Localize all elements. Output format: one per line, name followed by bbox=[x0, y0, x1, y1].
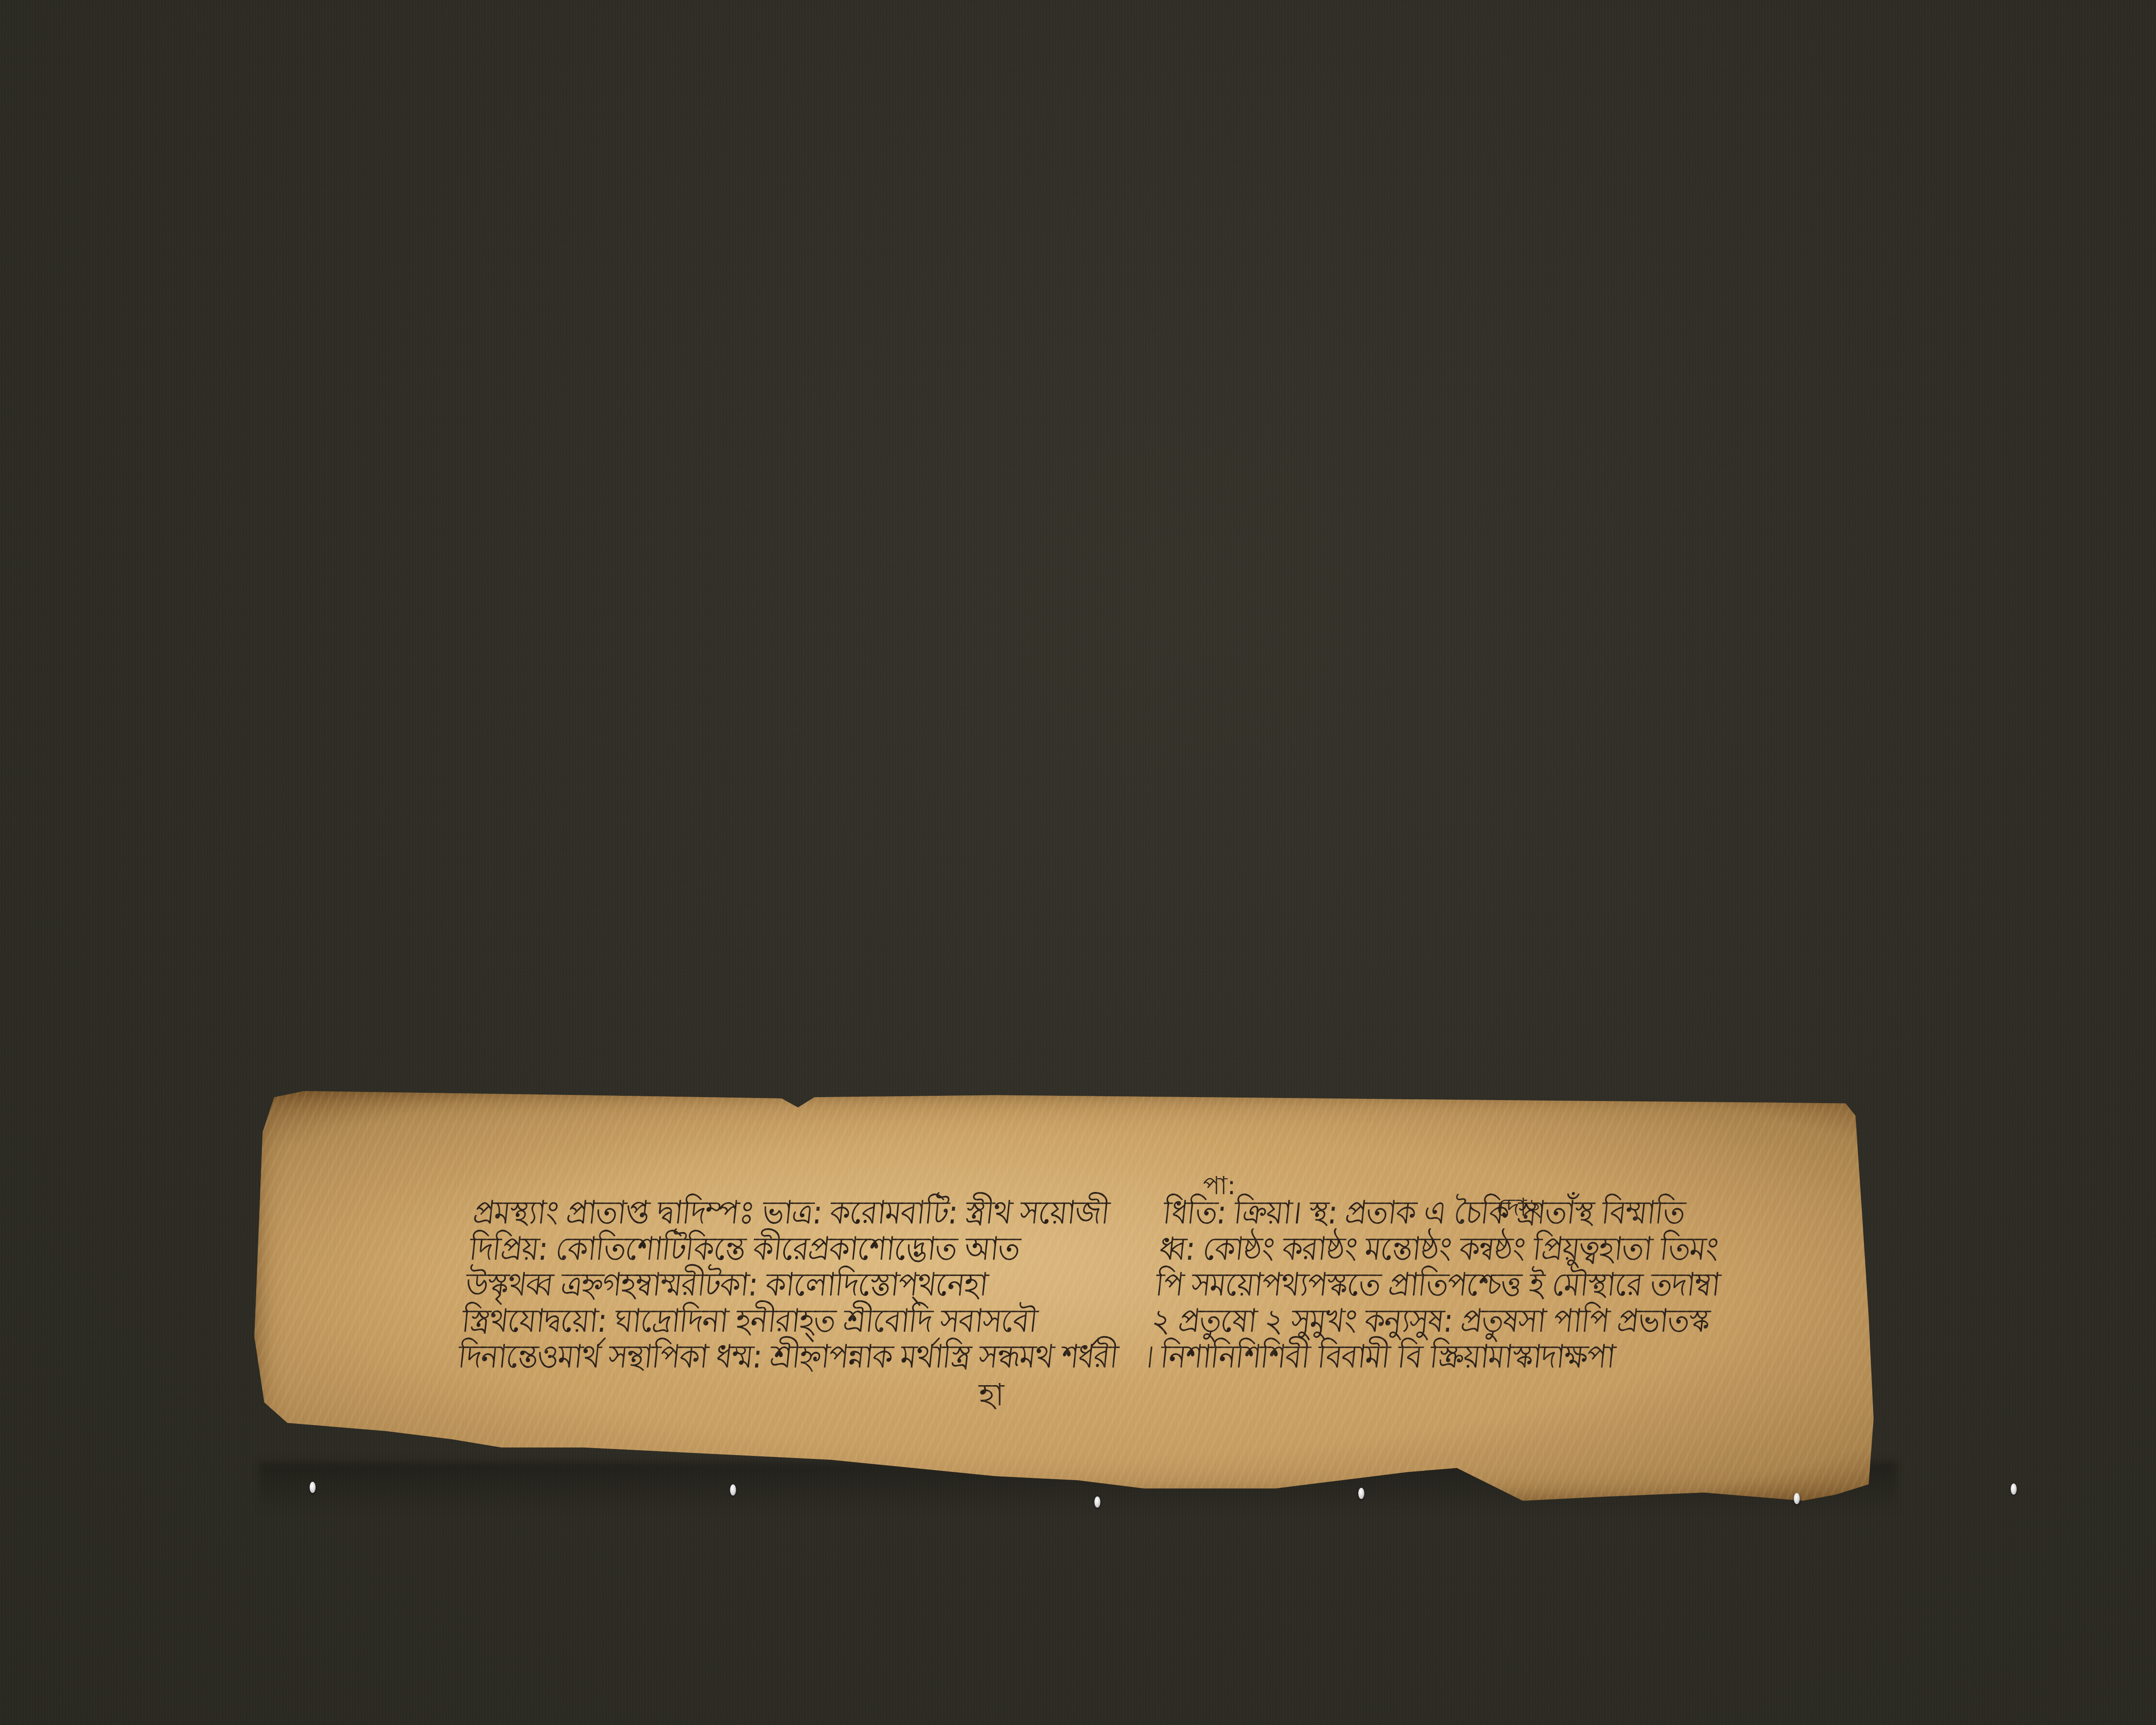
mounting-pin bbox=[1358, 1488, 1364, 1499]
text-line: দিপ্রিয়: কোতিশোটিকিন্তে কীরেপ্রকাশোদ্ভো… bbox=[467, 1231, 1131, 1267]
mounting-pin bbox=[2011, 1483, 2017, 1495]
mounting-pin bbox=[310, 1482, 316, 1493]
text-line: প্রমস্থ্যাং প্রাতাপ্ত দ্বাদিম্পঃ ভাত্র: … bbox=[471, 1195, 1134, 1231]
manuscript-folio: প্রমস্থ্যাং প্রাতাপ্ত দ্বাদিম্পঃ ভাত্র: … bbox=[254, 1091, 1902, 1501]
mounting-pin bbox=[730, 1484, 736, 1496]
mounting-pin bbox=[1794, 1493, 1800, 1504]
text-line: ধিতি: ক্রিয়া। স্থ: প্রতাক এ চৈকি স্ত্রা… bbox=[1161, 1195, 1729, 1231]
text-line: ৷ নিশানিশিশিবী বিবামী বি স্ক্রিয়ামাস্কা… bbox=[1146, 1339, 1714, 1375]
text-line: ধ্ব: কোষ্ঠং করাষ্ঠং মন্তোষ্ঠং কন্বষ্ঠং প… bbox=[1157, 1231, 1725, 1267]
marginal-note-top-right: দো২ bbox=[1496, 1188, 1543, 1230]
text-line: স্ত্রিথযোদ্বয়ো: ঘাদ্রোদিনা হনীরাহ্ত শ্র… bbox=[460, 1303, 1123, 1339]
marginal-note-bottom-center: হা bbox=[979, 1371, 1004, 1423]
mounting-pin bbox=[1094, 1496, 1100, 1508]
text-line: উস্কৃথব্ব ত্রহ্নগহম্বাম্মরীটকা: কালোদিস্… bbox=[464, 1267, 1127, 1303]
text-line: ২ প্রতুষো ২ সুমুখং কন্যুসুষ: প্রতুষসা পা… bbox=[1150, 1303, 1718, 1339]
text-column-left: প্রমস্থ্যাং প্রাতাপ্ত দ্বাদিম্পঃ ভাত্র: … bbox=[456, 1195, 1134, 1375]
text-line: দিনান্তেওমার্থ সন্থাপিকা ধম্ম: শ্রীহ্নাপ… bbox=[456, 1339, 1119, 1375]
text-column-right: ধিতি: ক্রিয়া। স্থ: প্রতাক এ চৈকি স্ত্রা… bbox=[1146, 1195, 1729, 1375]
text-line: পি সময়োপথ্যপস্কতে প্রাতিপশ্চেত্ত ই মৌস্… bbox=[1154, 1267, 1722, 1303]
marginal-note-top-center: পা: bbox=[1203, 1167, 1236, 1208]
